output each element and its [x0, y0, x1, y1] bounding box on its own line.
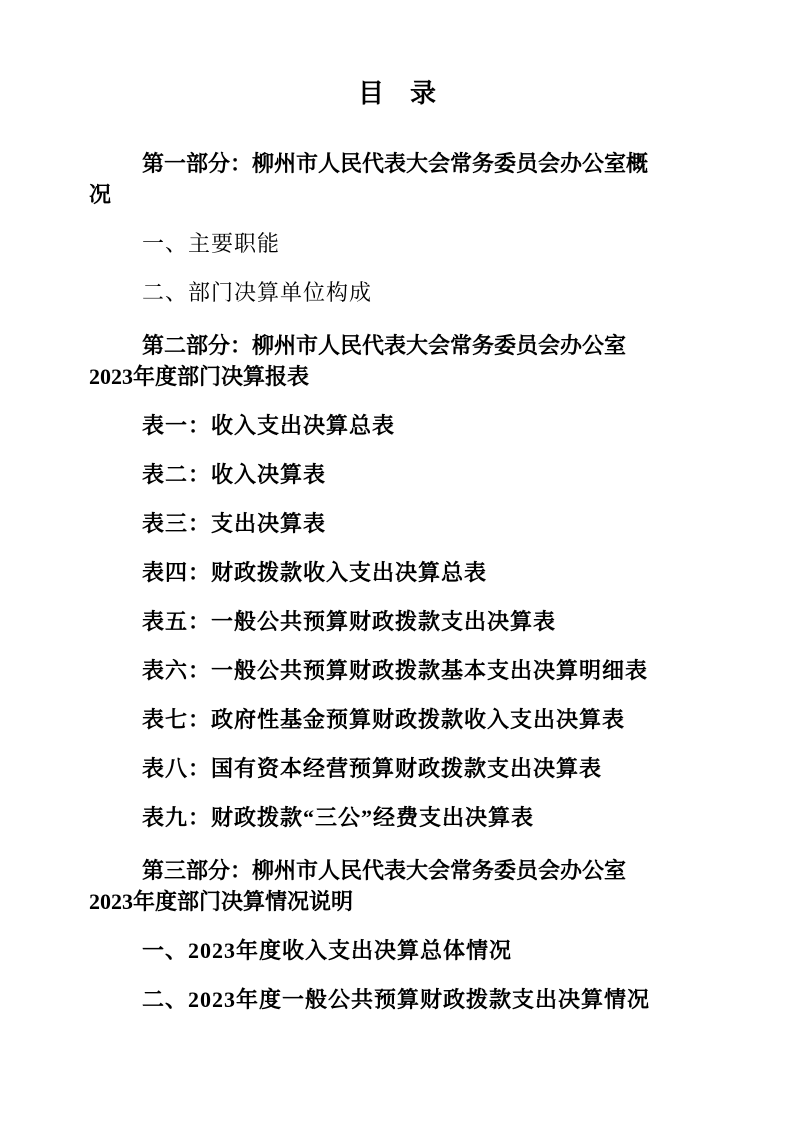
toc-heading-part-3: 第三部分：柳州市人民代表大会常务委员会办公室2023年度部门决算情况说明	[89, 855, 659, 917]
toc-item-table-4: 表四：财政拨款收入支出决算总表	[89, 557, 659, 588]
toc-heading-part-1: 第一部分：柳州市人民代表大会常务委员会办公室概况	[89, 148, 659, 210]
toc-item-table-6: 表六：一般公共预算财政拨款基本支出决算明细表	[89, 655, 659, 686]
document-page: 目 录 第一部分：柳州市人民代表大会常务委员会办公室概况 一、主要职能 二、部门…	[0, 0, 794, 1123]
toc-item-general-budget-expenditure: 二、2023年度一般公共预算财政拨款支出决算情况	[89, 984, 659, 1015]
toc-item-main-duties: 一、主要职能	[89, 228, 659, 259]
toc-item-table-7: 表七：政府性基金预算财政拨款收入支出决算表	[89, 704, 659, 735]
toc-item-overall-revenue-expenditure: 一、2023年度收入支出决算总体情况	[89, 935, 659, 966]
toc-item-table-5: 表五：一般公共预算财政拨款支出决算表	[89, 606, 659, 637]
toc-title: 目 录	[0, 76, 794, 112]
toc-item-table-8: 表八：国有资本经营预算财政拨款支出决算表	[89, 753, 659, 784]
toc-item-table-2: 表二：收入决算表	[89, 459, 659, 490]
toc-item-table-3: 表三：支出决算表	[89, 508, 659, 539]
toc-heading-part-2: 第二部分：柳州市人民代表大会常务委员会办公室2023年度部门决算报表	[89, 330, 659, 392]
toc-item-table-9: 表九：财政拨款“三公”经费支出决算表	[89, 802, 659, 833]
toc-body: 第一部分：柳州市人民代表大会常务委员会办公室概况 一、主要职能 二、部门决算单位…	[0, 148, 659, 1015]
toc-item-table-1: 表一：收入支出决算总表	[89, 410, 659, 441]
toc-item-unit-composition: 二、部门决算单位构成	[89, 277, 659, 308]
